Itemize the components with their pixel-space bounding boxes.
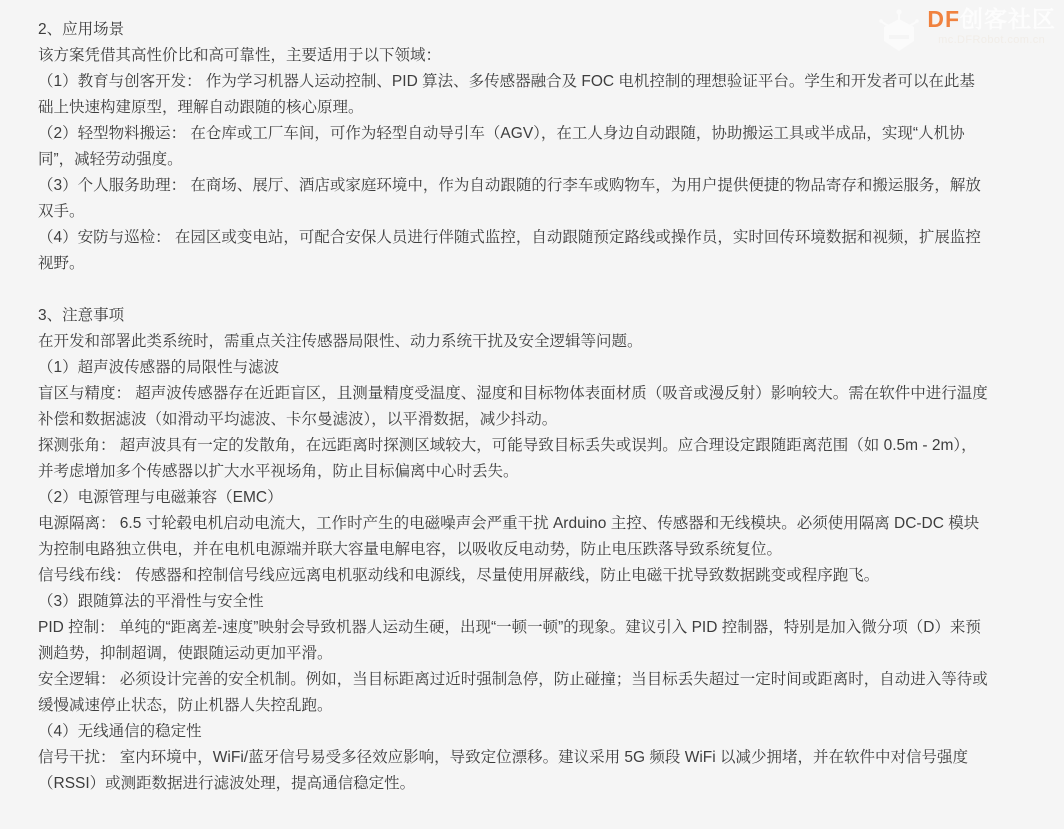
text-line-continuation: 础上快速构建原型，理解自动跟随的核心原理。 <box>38 95 1028 121</box>
text-line-continuation: 测趋势，抑制超调，使跟随运动更加平滑。 <box>38 641 1028 667</box>
text-line-continuation: 视野。 <box>38 251 1028 277</box>
text-line-paragraph: PID 控制： 单纯的“距离差-速度”映射会导致机器人运动生硬，出现“一顿一顿”… <box>38 615 1028 641</box>
text-line-paragraph: 盲区与精度： 超声波传感器存在近距盲区，且测量精度受温度、湿度和目标物体表面材质… <box>38 381 1028 407</box>
text-line-list-item: （3）跟随算法的平滑性与安全性 <box>38 589 1028 615</box>
text-line-continuation: 并考虑增加多个传感器以扩大水平视场角，防止目标偏离中心时丢失。 <box>38 459 1028 485</box>
text-line-paragraph: 信号干扰： 室内环境中，WiFi/蓝牙信号易受多径效应影响，导致定位漂移。建议采… <box>38 745 1028 771</box>
text-line-paragraph: 该方案凭借其高性价比和高可靠性，主要适用于以下领域： <box>38 43 1028 69</box>
text-line-continuation: 为控制电路独立供电，并在电机电源端并联大容量电解电容，以吸收反电动势，防止电压跌… <box>38 537 1028 563</box>
text-line-list-item: （1）教育与创客开发： 作为学习机器人运动控制、PID 算法、多传感器融合及 F… <box>38 69 1028 95</box>
text-line-continuation: 双手。 <box>38 199 1028 225</box>
text-line-continuation: 同”，减轻劳动强度。 <box>38 147 1028 173</box>
document-body: 2、应用场景该方案凭借其高性价比和高可靠性，主要适用于以下领域：（1）教育与创客… <box>38 17 1028 797</box>
text-line-paragraph: 电源隔离： 6.5 寸轮毂电机启动电流大，工作时产生的电磁噪声会严重干扰 Ard… <box>38 511 1028 537</box>
text-line-list-item: （1）超声波传感器的局限性与滤波 <box>38 355 1028 381</box>
text-line-list-item: （3）个人服务助理： 在商场、展厅、酒店或家庭环境中，作为自动跟随的行李车或购物… <box>38 173 1028 199</box>
text-line-paragraph: 在开发和部署此类系统时，需重点关注传感器局限性、动力系统干扰及安全逻辑等问题。 <box>38 329 1028 355</box>
text-line-continuation: （RSSI）或测距数据进行滤波处理，提高通信稳定性。 <box>38 771 1028 797</box>
text-line-list-item: （2）轻型物料搬运： 在仓库或工厂车间，可作为轻型自动导引车（AGV），在工人身… <box>38 121 1028 147</box>
text-line-continuation: 补偿和数据滤波（如滑动平均滤波、卡尔曼滤波），以平滑数据，减少抖动。 <box>38 407 1028 433</box>
text-line-list-item: （2）电源管理与电磁兼容（EMC） <box>38 485 1028 511</box>
text-line-continuation: 缓慢减速停止状态，防止机器人失控乱跑。 <box>38 693 1028 719</box>
text-line-paragraph: 探测张角： 超声波具有一定的发散角，在远距离时探测区域较大，可能导致目标丢失或误… <box>38 433 1028 459</box>
text-line-section-heading: 3、注意事项 <box>38 303 1028 329</box>
page: { "page": { "background_color": "#f5f5f5… <box>0 0 1064 829</box>
text-line-list-item: （4）无线通信的稳定性 <box>38 719 1028 745</box>
blank-line <box>38 277 1028 303</box>
text-line-paragraph: 安全逻辑： 必须设计完善的安全机制。例如，当目标距离过近时强制急停，防止碰撞；当… <box>38 667 1028 693</box>
text-line-section-heading: 2、应用场景 <box>38 17 1028 43</box>
text-line-paragraph: 信号线布线： 传感器和控制信号线应远离电机驱动线和电源线，尽量使用屏蔽线，防止电… <box>38 563 1028 589</box>
text-line-list-item: （4）安防与巡检： 在园区或变电站，可配合安保人员进行伴随式监控，自动跟随预定路… <box>38 225 1028 251</box>
